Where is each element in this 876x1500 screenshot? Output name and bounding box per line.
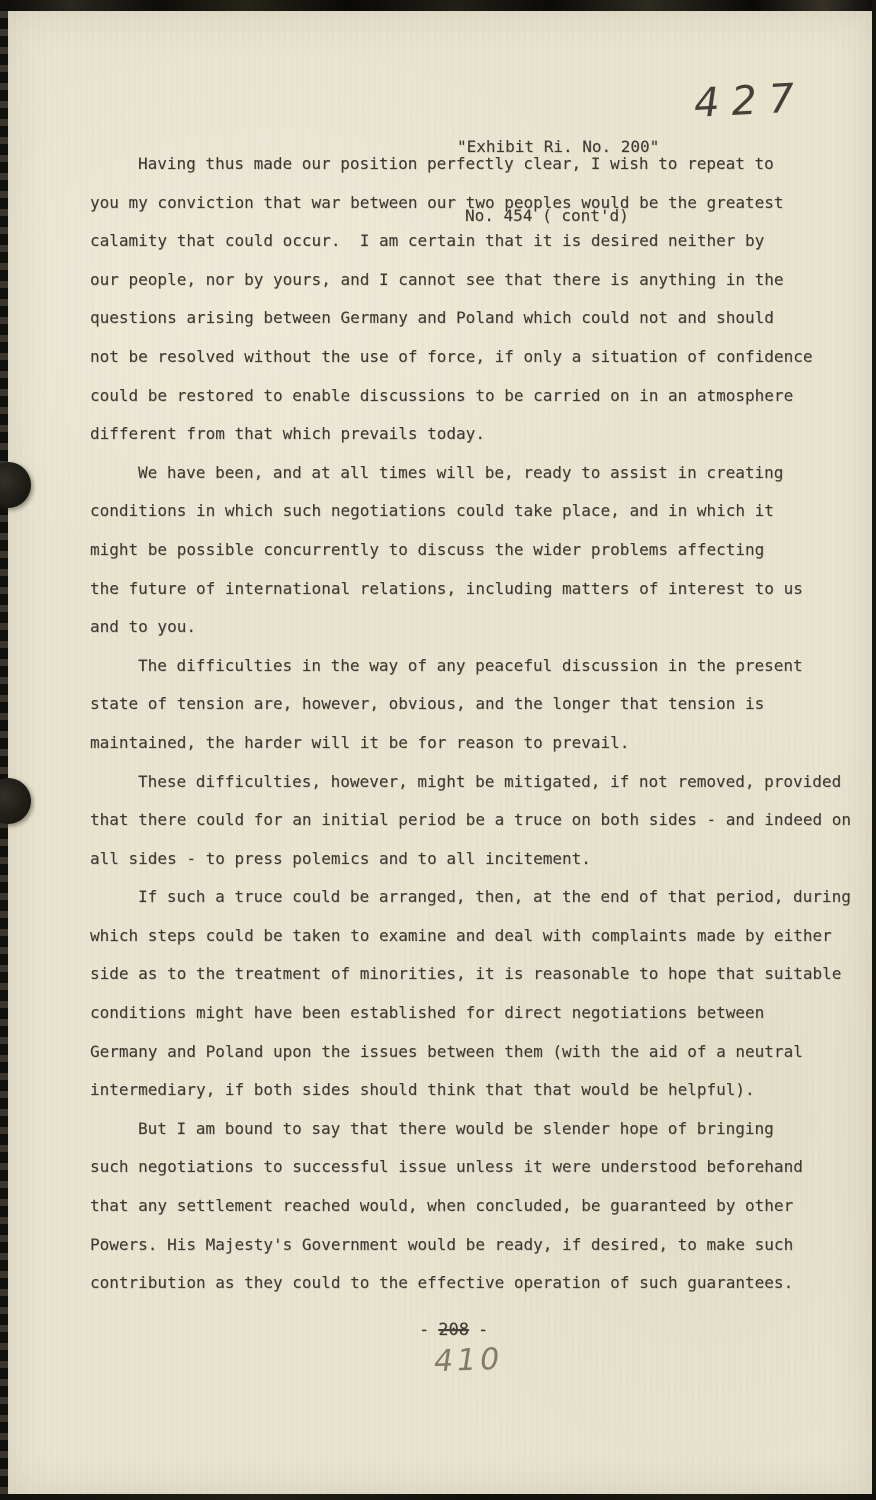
text-line: could be restored to enable discussions …: [90, 377, 876, 416]
text-line: our people, nor by yours, and I cannot s…: [90, 261, 876, 300]
text-line: conditions might have been established f…: [90, 994, 876, 1033]
paragraph: If such a truce could be arranged, then,…: [90, 878, 876, 1110]
text-line: conditions in which such negotiations co…: [90, 492, 876, 531]
paragraph: These difficulties, however, might be mi…: [90, 763, 876, 879]
text-line: Powers. His Majesty's Government would b…: [90, 1226, 876, 1265]
text-line: and to you.: [90, 608, 876, 647]
text-line: These difficulties, however, might be mi…: [90, 763, 876, 802]
text-line: Germany and Poland upon the issues betwe…: [90, 1033, 876, 1072]
footer-dash-left: -: [419, 1320, 429, 1340]
text-line: maintained, the harder will it be for re…: [90, 724, 876, 763]
text-line: intermediary, if both sides should think…: [90, 1071, 876, 1110]
text-line: state of tension are, however, obvious, …: [90, 685, 876, 724]
text-line: We have been, and at all times will be, …: [90, 454, 876, 493]
text-line: the future of international relations, i…: [90, 570, 876, 609]
paragraph: We have been, and at all times will be, …: [90, 454, 876, 647]
text-line: But I am bound to say that there would b…: [90, 1110, 876, 1149]
struck-page-number: 208: [438, 1320, 469, 1340]
text-line: you my conviction that war between our t…: [90, 184, 876, 223]
text-line: If such a truce could be arranged, then,…: [90, 878, 876, 917]
text-line: questions arising between Germany and Po…: [90, 299, 876, 338]
scan-edge-bottom: [0, 1494, 876, 1500]
typed-page-number: -208-: [410, 1320, 497, 1340]
text-line: might be possible concurrently to discus…: [90, 531, 876, 570]
footer-dash-right: -: [478, 1320, 488, 1340]
text-line: side as to the treatment of minorities, …: [90, 955, 876, 994]
text-line: Having thus made our position perfectly …: [90, 145, 876, 184]
scanned-document: { "document": { "header": { "exhibit_lin…: [0, 0, 876, 1500]
text-line: that there could for an initial period b…: [90, 801, 876, 840]
handwritten-page-number-bottom: 410: [433, 1342, 503, 1379]
text-line: calamity that could occur. I am certain …: [90, 222, 876, 261]
handwritten-page-number-top: 427: [693, 75, 808, 127]
text-line: not be resolved without the use of force…: [90, 338, 876, 377]
scan-edge-top: [0, 0, 876, 11]
text-line: different from that which prevails today…: [90, 415, 876, 454]
paragraph: Having thus made our position perfectly …: [90, 145, 876, 454]
text-line: which steps could be taken to examine an…: [90, 917, 876, 956]
text-line: all sides - to press polemics and to all…: [90, 840, 876, 879]
text-line: contribution as they could to the effect…: [90, 1264, 876, 1303]
text-line: such negotiations to successful issue un…: [90, 1148, 876, 1187]
text-line: The difficulties in the way of any peace…: [90, 647, 876, 686]
paragraph: The difficulties in the way of any peace…: [90, 647, 876, 763]
paragraph: But I am bound to say that there would b…: [90, 1110, 876, 1303]
body-text: Having thus made our position perfectly …: [90, 145, 876, 1303]
text-line: that any settlement reached would, when …: [90, 1187, 876, 1226]
